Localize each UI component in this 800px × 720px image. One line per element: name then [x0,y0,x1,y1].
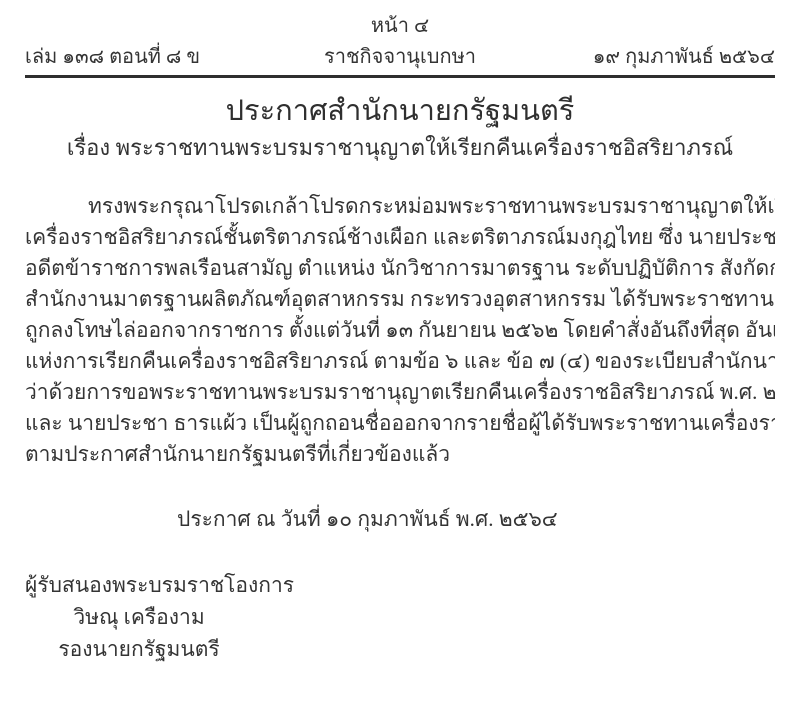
signer-name: วิษณุ เครืองาม [25,601,253,633]
announcement-subject: เรื่อง พระราชทานพระบรมราชานุญาตให้เรียกค… [25,133,775,163]
gazette-header-row: เล่ม ๑๓๘ ตอนที่ ๘ ข ราชกิจจานุเบกษา ๑๙ ก… [25,44,775,70]
body-line: ถูกลงโทษไล่ออกจากราชการ ตั้งแต่วันที่ ๑๓… [25,315,775,346]
body-line: เครื่องราชอิสริยาภรณ์ชั้นตริตาภรณ์ช้างเผ… [25,222,775,253]
gazette-name: ราชกิจจานุเบกษา [275,44,525,70]
countersign-label: ผู้รับสนองพระบรมราชโองการ [25,569,253,601]
signer-position: รองนายกรัฐมนตรี [25,633,253,665]
header-divider-rule [25,75,775,78]
countersignature-block: ผู้รับสนองพระบรมราชโองการ วิษณุ เครืองาม… [25,569,253,665]
body-line: อดีตข้าราชการพลเรือนสามัญ ตำแหน่ง นักวิช… [25,253,775,284]
issue-date: ๑๙ กุมภาพันธ์ ๒๕๖๔ [525,44,775,70]
body-paragraph: ทรงพระกรุณาโปรดเกล้าโปรดกระหม่อมพระราชทา… [25,191,775,470]
body-line: แห่งการเรียกคืนเครื่องราชอิสริยาภรณ์ ตาม… [25,346,775,377]
proclamation-date-line: ประกาศ ณ วันที่ ๑๐ กุมภาพันธ์ พ.ศ. ๒๕๖๔ [25,504,775,534]
body-line: สำนักงานมาตรฐานผลิตภัณฑ์อุตสาหกรรม กระทร… [25,284,775,315]
body-line: ตามประกาศสำนักนายกรัฐมนตรีที่เกี่ยวข้องแ… [25,439,775,470]
body-line: ทรงพระกรุณาโปรดเกล้าโปรดกระหม่อมพระราชทา… [25,191,775,222]
body-line: และ นายประชา ธารแผ้ว เป็นผู้ถูกถอนชื่อออ… [25,408,775,439]
gazette-page: หน้า ๔ เล่ม ๑๓๘ ตอนที่ ๘ ข ราชกิจจานุเบก… [0,0,800,720]
volume-part-label: เล่ม ๑๓๘ ตอนที่ ๘ ข [25,44,275,70]
announcement-title: ประกาศสำนักนายกรัฐมนตรี [25,93,775,129]
page-content: หน้า ๔ เล่ม ๑๓๘ ตอนที่ ๘ ข ราชกิจจานุเบก… [25,0,775,665]
page-number: หน้า ๔ [25,0,775,39]
body-line: ว่าด้วยการขอพระราชทานพระบรมราชานุญาตเรีย… [25,377,775,408]
